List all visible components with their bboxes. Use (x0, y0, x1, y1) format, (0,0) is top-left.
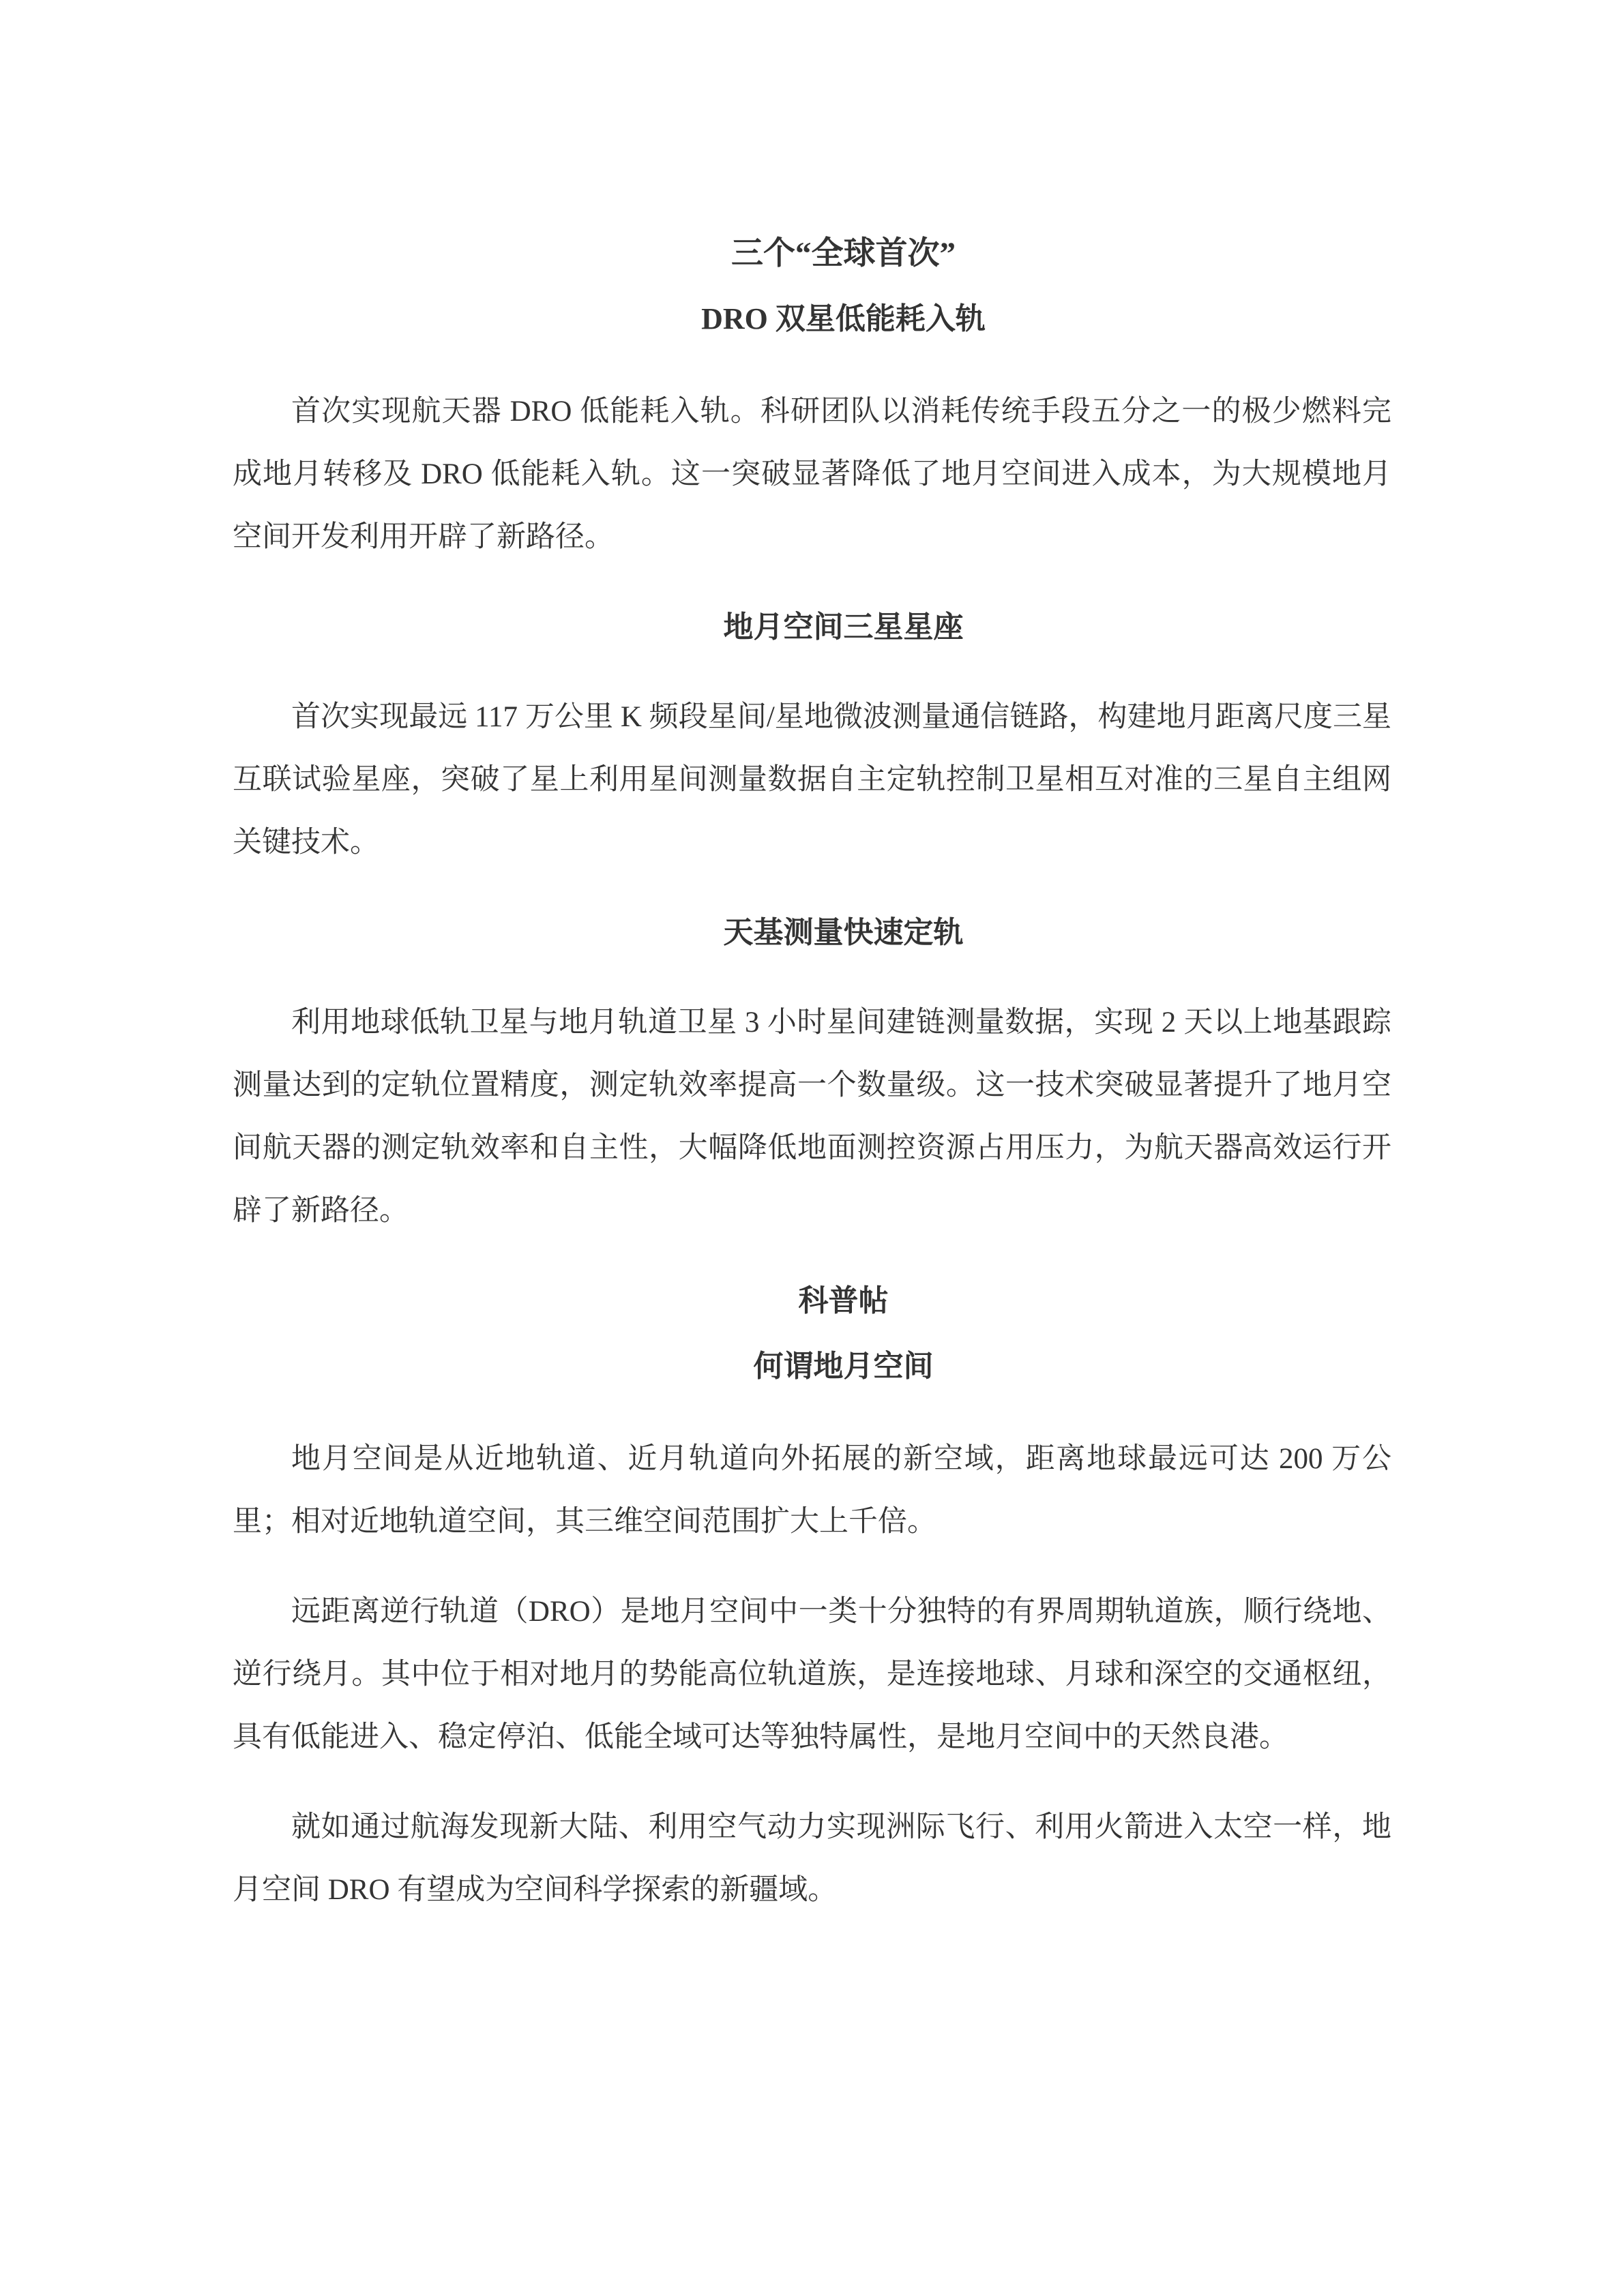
paragraph-space-based-orbit-determination: 利用地球低轨卫星与地月轨道卫星 3 小时星间建链测量数据，实现 2 天以上地基跟… (233, 992, 1391, 1242)
section-heading-space-based-orbit-determination: 天基测量快速定轨 (233, 901, 1391, 964)
document-page: 三个“全球首次” DRO 双星低能耗入轨 首次实现航天器 DRO 低能耗入轨。科… (0, 0, 1624, 2296)
section-heading-three-satellite-constellation: 地月空间三星星座 (233, 596, 1391, 659)
paragraph-cislunar-space-definition: 地月空间是从近地轨道、近月轨道向外拓展的新空域，距离地球最远可达 200 万公里… (233, 1428, 1391, 1553)
section-subheading-what-is-cislunar-space: 何谓地月空间 (233, 1335, 1391, 1398)
section-heading-dro-orbit-insertion: DRO 双星低能耗入轨 (233, 288, 1391, 351)
document-title: 三个“全球首次” (233, 222, 1391, 285)
section-heading-science-note: 科普帖 (233, 1270, 1391, 1332)
paragraph-dro-description: 远距离逆行轨道（DRO）是地月空间中一类十分独特的有界周期轨道族，顺行绕地、逆行… (233, 1581, 1391, 1769)
paragraph-dro-orbit-insertion: 首次实现航天器 DRO 低能耗入轨。科研团队以消耗传统手段五分之一的极少燃料完成… (233, 381, 1391, 569)
paragraph-new-frontier: 就如通过航海发现新大陆、利用空气动力实现洲际飞行、利用火箭进入太空一样，地月空间… (233, 1796, 1391, 1922)
paragraph-three-satellite-constellation: 首次实现最远 117 万公里 K 频段星间/星地微波测量通信链路，构建地月距离尺… (233, 686, 1391, 874)
